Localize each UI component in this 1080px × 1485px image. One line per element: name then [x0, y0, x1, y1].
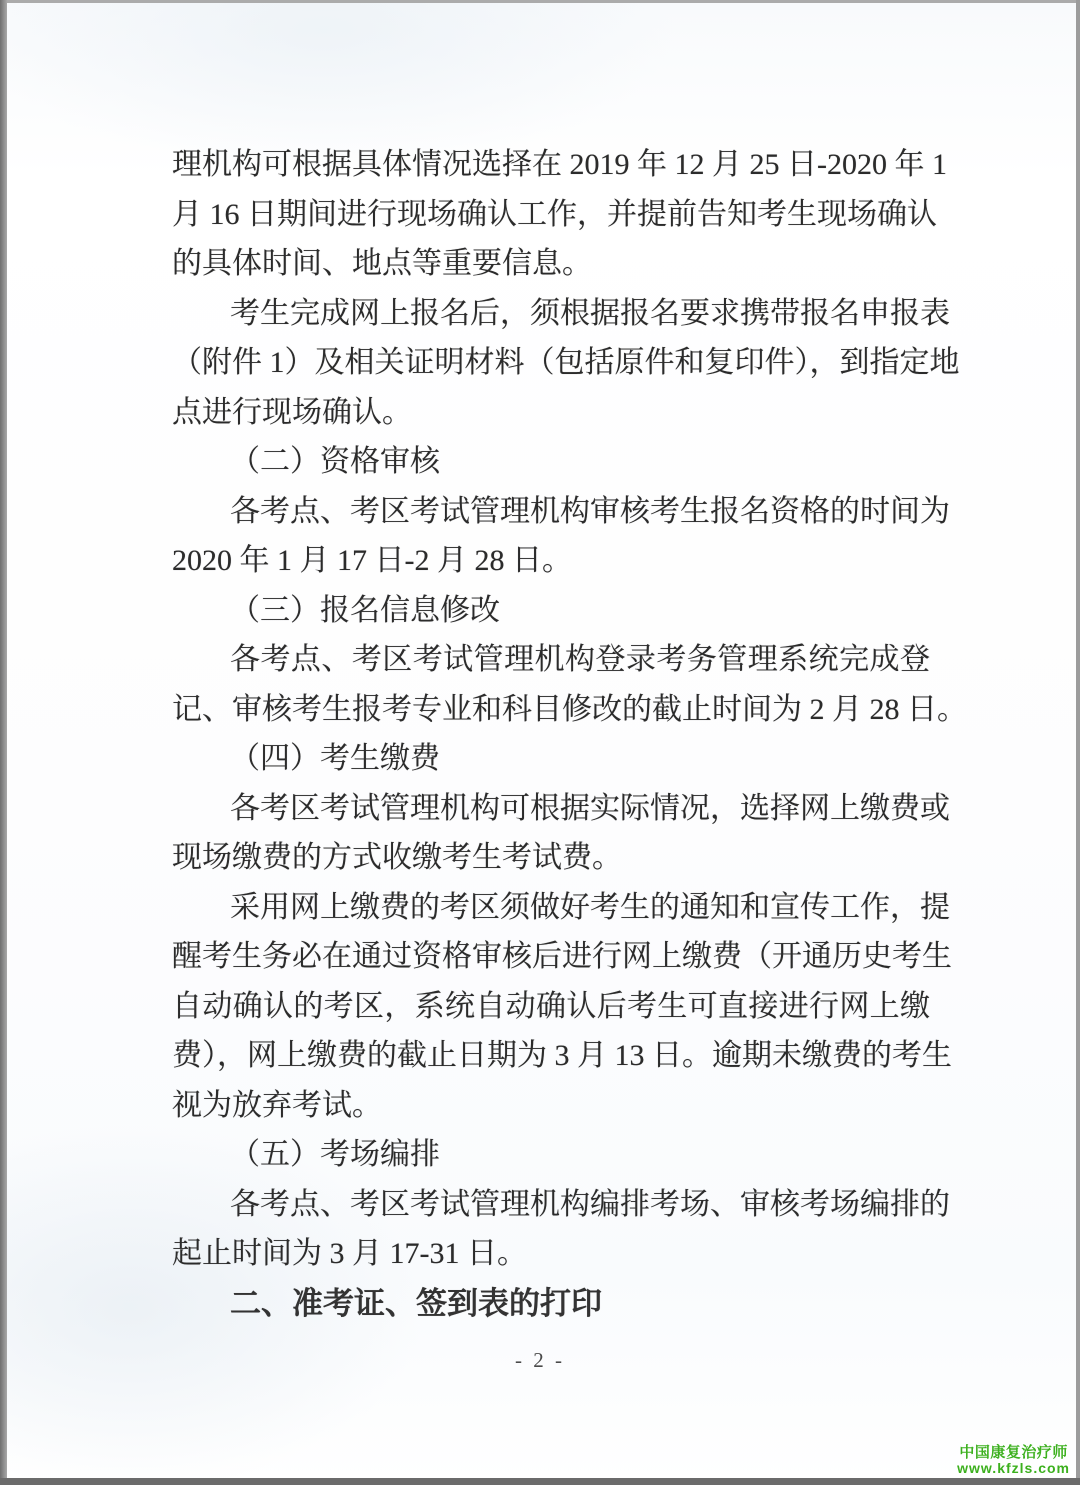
text-line: 采用网上缴费的考区须做好考生的通知和宣传工作，提	[172, 883, 930, 933]
text-line: （五）考场编排	[172, 1130, 930, 1180]
text-line: 醒考生务必在通过资格审核后进行网上缴费（开通历史考生	[172, 932, 930, 982]
section-heading: 二、准考证、签到表的打印	[172, 1279, 930, 1329]
text-line: 月 16 日期间进行现场确认工作，并提前告知考生现场确认	[172, 190, 930, 240]
watermark-site-url: www.kfzls.com	[957, 1461, 1070, 1476]
text-line: 点进行现场确认。	[172, 388, 930, 438]
document-text-block: 理机构可根据具体情况选择在 2019 年 12 月 25 日-2020 年 1月…	[172, 140, 930, 1328]
watermark-site-name: 中国康复治疗师	[957, 1444, 1070, 1461]
text-line: （二）资格审核	[172, 437, 930, 487]
scan-edge-bottom	[0, 1478, 1080, 1485]
scan-edge-top	[0, 0, 1080, 3]
text-line: 理机构可根据具体情况选择在 2019 年 12 月 25 日-2020 年 1	[172, 140, 930, 190]
text-line: （四）考生缴费	[172, 734, 930, 784]
text-line: （附件 1）及相关证明材料（包括原件和复印件），到指定地	[172, 338, 930, 388]
text-line: 起止时间为 3 月 17-31 日。	[172, 1229, 930, 1279]
text-line: 自动确认的考区，系统自动确认后考生可直接进行网上缴	[172, 982, 930, 1032]
page-number: - 2 -	[0, 1348, 1080, 1373]
text-line: 各考点、考区考试管理机构审核考生报名资格的时间为	[172, 487, 930, 537]
text-line: （三）报名信息修改	[172, 586, 930, 636]
text-line: 费），网上缴费的截止日期为 3 月 13 日。逾期未缴费的考生	[172, 1031, 930, 1081]
text-line: 2020 年 1 月 17 日-2 月 28 日。	[172, 536, 930, 586]
text-line: 视为放弃考试。	[172, 1081, 930, 1131]
text-line: 考生完成网上报名后，须根据报名要求携带报名申报表	[172, 289, 930, 339]
text-line: 现场缴费的方式收缴考生考试费。	[172, 833, 930, 883]
text-line: 记、审核考生报考专业和科目修改的截止时间为 2 月 28 日。	[172, 685, 930, 735]
text-line: 各考点、考区考试管理机构编排考场、审核考场编排的	[172, 1180, 930, 1230]
scan-edge-left	[0, 0, 7, 1485]
scan-edge-right	[1076, 0, 1080, 1485]
text-line: 各考点、考区考试管理机构登录考务管理系统完成登	[172, 635, 930, 685]
watermark: 中国康复治疗师 www.kfzls.com	[957, 1444, 1070, 1476]
text-line: 的具体时间、地点等重要信息。	[172, 239, 930, 289]
scanned-document-page: 理机构可根据具体情况选择在 2019 年 12 月 25 日-2020 年 1月…	[0, 0, 1080, 1485]
text-line: 各考区考试管理机构可根据实际情况，选择网上缴费或	[172, 784, 930, 834]
